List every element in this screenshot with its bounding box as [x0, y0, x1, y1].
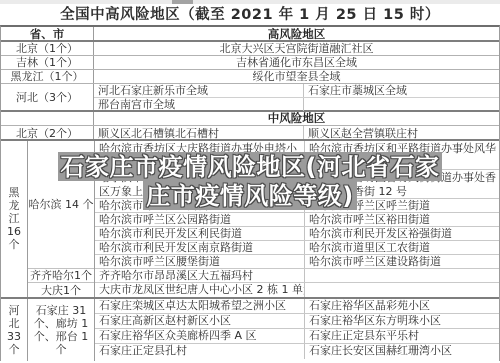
cell-province: 黑龙江（1个）: [1, 70, 94, 83]
cell-area: 河北石家庄新乐市全域: [94, 84, 304, 97]
header-mid-risk: 中风险地区: [94, 112, 499, 125]
cell-area: 哈尔滨市呼兰区裕田街道: [305, 213, 499, 226]
table-row-beijing-mid: 北京（2个） 顺义区北石槽镇北石槽村 顺义区赵全营镇联庄村: [1, 126, 499, 141]
risk-area-table-screenshot: 全国中高风险地区（截至 2021 年 1 月 25 日 15 时） 省、市 高风…: [0, 0, 500, 363]
heilongjiang-mid-block: 黑 龙 江 16 个 哈尔滨 14 个 齐齐哈尔1个 大庆1个 哈尔滨市香坊区大…: [1, 141, 499, 299]
cell-area: 石家庄正定县东平乐村: [305, 329, 499, 343]
province-char: 33: [7, 331, 21, 343]
risk-table: 省、市 高风险地区 北京（1个） 北京大兴区天宫院街道融汇社区 吉林（1个） 吉…: [0, 25, 500, 361]
cell-area: 石家庄裕华区晶彩苑小区: [305, 299, 499, 313]
province-char: 16: [7, 226, 21, 238]
table-subrow: 石家庄高新区赵村新区小区 石家庄裕华区东方明珠小区: [95, 314, 499, 329]
cell-area: 邢台南宫市全域: [94, 98, 304, 111]
vertical-province-label-heilongjiang: 黑 龙 江 16 个: [1, 141, 28, 297]
city-label-harbin: 哈尔滨 14 个: [28, 141, 94, 269]
top-edge-fragment: [172, 0, 193, 4]
table-row-beijing-high: 北京（1个） 北京大兴区天宫院街道融汇社区: [1, 42, 499, 56]
cell-area: 哈尔滨市呼兰区建设路街道: [305, 255, 499, 268]
cell-area: 哈尔滨市香坊区和平路街道办事处上东社区万象上东小区E座: [95, 170, 305, 199]
cell-area: 齐齐哈尔市昂昂溪区大五福玛村: [95, 269, 305, 282]
hebei-areas: 石家庄栾城区卓达太阳城希望之洲小区 石家庄裕华区晶彩苑小区 石家庄高新区赵村新区…: [95, 299, 499, 361]
table-subrow-daqing: 大庆市龙凤区世纪唐人中心小区 2 栋 1 单元: [95, 283, 499, 297]
table-subrow: 哈尔滨市香坊区和平路街道办事处上东社区万象上东小区E座 哈尔滨市香坊区香坊大街街…: [95, 170, 499, 199]
table-row-jilin-high: 吉林（1个） 吉林省通化市东昌区全域: [1, 56, 499, 70]
cell-area: 哈尔滨市利民开发区南京路街道: [95, 241, 305, 254]
cell-province: 北京（1个）: [1, 42, 94, 55]
table-subrow: 石家庄裕华区众美廊桥四季 A 区 石家庄正定县东平乐村: [95, 329, 499, 344]
vertical-province-label-hebei: 河 北 33 个: [1, 299, 28, 361]
cell-area: 石家庄裕华区东方明珠小区: [305, 314, 499, 328]
cell-area: 顺义区北石槽镇北石槽村: [94, 126, 304, 139]
cell-area: 哈尔滨市呼兰区公园路街道: [95, 213, 305, 226]
city-label-daqing: 大庆1个: [28, 283, 94, 297]
cell-area: [304, 98, 499, 111]
table-subrow-qiqihar: 齐齐哈尔市昂昂溪区大五福玛村: [95, 269, 499, 283]
province-char: 个: [9, 344, 20, 356]
province-char: 北: [9, 318, 20, 330]
top-edge-strip: [0, 0, 500, 4]
hebei-high-areas: 河北石家庄新乐市全域 石家庄市藁城区全域 邢台南宫市全域: [94, 84, 499, 110]
table-subrow: 哈尔滨市利民开发区南京路街道 哈尔滨市道里区工农街道: [95, 241, 499, 255]
province-char: 个: [9, 239, 20, 251]
cell-empty: [1, 112, 94, 125]
cell-area: 哈尔滨市呼兰区呼兰街道: [305, 199, 499, 212]
province-char: 黑: [9, 187, 20, 199]
cell-province: 北京（2个）: [1, 126, 94, 139]
table-subrow: 哈尔滨市呼兰区公园路街道 哈尔滨市呼兰区裕田街道: [95, 213, 499, 227]
table-subrow: 石家庄正定县孔村 石家庄长安区国赫红珊湾小区: [95, 344, 499, 359]
cell-area: 哈尔滨市呼兰区腰堡街道: [95, 255, 305, 268]
cell-area: 哈尔滨市香坊区香坊大街街道办事处香中小区会香街 12 号: [305, 170, 499, 199]
hebei-mid-block: 河 北 33 个 石家庄 31 个、廊坊 1 个、邢台 1 个 石家庄栾城区卓达…: [1, 299, 499, 361]
city-label-shijiazhuang-group: 石家庄 31 个、廊坊 1 个、邢台 1 个: [28, 299, 94, 361]
header-province: 省、市: [1, 27, 94, 40]
table-row-hebei-high: 河北（3个） 河北石家庄新乐市全域 石家庄市藁城区全域 邢台南宫市全域: [1, 84, 499, 112]
table-subrow: 哈尔滨市呼兰区兰河街道 哈尔滨市呼兰区呼兰街道: [95, 199, 499, 213]
city-label-column: 石家庄 31 个、廊坊 1 个、邢台 1 个: [28, 299, 95, 361]
cell-area: 绥化市望奎县全域: [94, 70, 499, 83]
cell-empty: [305, 269, 499, 282]
table-subrow: 哈尔滨市香坊区大庆路街道办事处电塔小区 哈尔滨市香坊区和平路街道办事处风华社区1…: [95, 141, 499, 170]
table-header-row: 省、市 高风险地区: [1, 27, 499, 42]
table-subrow: 邢台南宫市全域: [94, 98, 499, 111]
province-char: 江: [9, 213, 20, 225]
province-char: 龙: [9, 200, 20, 212]
cell-province: 吉林（1个）: [1, 56, 94, 69]
table-subrow: 哈尔滨市呼兰区腰堡街道 哈尔滨市呼兰区建设路街道: [95, 255, 499, 269]
table-subrow: 河北石家庄新乐市全域 石家庄市藁城区全域: [94, 84, 499, 98]
province-char: 河: [9, 305, 20, 317]
table-subrow: 哈尔滨市利民开发区利民街道 哈尔滨市利民开发区裕强街道: [95, 227, 499, 241]
cell-area: 哈尔滨市利民开发区利民街道: [95, 227, 305, 240]
cell-area: 哈尔滨市香坊区大庆路街道办事处电塔小区: [95, 141, 305, 170]
cell-area: 石家庄高新区赵村新区小区: [95, 314, 305, 328]
page-title: 全国中高风险地区（截至 2021 年 1 月 25 日 15 时）: [0, 4, 500, 25]
city-label-qiqihar: 齐齐哈尔1个: [28, 269, 94, 283]
cell-area: 哈尔滨市呼兰区兰河街道: [95, 199, 305, 212]
cell-area: 顺义区赵全营镇联庄村: [304, 126, 499, 139]
cell-area: 哈尔滨市利民开发区裕强街道: [305, 227, 499, 240]
cell-area: 石家庄栾城区卓达太阳城希望之洲小区: [95, 299, 305, 313]
cell-area: 北京大兴区天宫院街道融汇社区: [94, 42, 499, 55]
cell-area: 哈尔滨市香坊区和平路街道办事处风华社区1栋1单元: [305, 141, 499, 170]
cell-area: 石家庄长安区国赫红珊湾小区: [305, 344, 499, 359]
mid-risk-section-header-row: 中风险地区: [1, 112, 499, 126]
cell-province: 河北（3个）: [1, 84, 94, 110]
cell-area: 石家庄市藁城区全域: [304, 84, 499, 97]
heilongjiang-areas: 哈尔滨市香坊区大庆路街道办事处电塔小区 哈尔滨市香坊区和平路街道办事处风华社区1…: [95, 141, 499, 297]
header-high-risk: 高风险地区: [94, 27, 499, 40]
cell-area: 石家庄正定县孔村: [95, 344, 305, 359]
cell-area: 石家庄裕华区众美廊桥四季 A 区: [95, 329, 305, 343]
cell-area: 大庆市龙凤区世纪唐人中心小区 2 栋 1 单元: [95, 283, 305, 297]
cell-empty: [305, 283, 499, 297]
table-subrow: 石家庄栾城区卓达太阳城希望之洲小区 石家庄裕华区晶彩苑小区: [95, 299, 499, 314]
cell-area: 吉林省通化市东昌区全域: [94, 56, 499, 69]
table-row-heilongjiang-high: 黑龙江（1个） 绥化市望奎县全域: [1, 70, 499, 84]
city-label-column: 哈尔滨 14 个 齐齐哈尔1个 大庆1个: [28, 141, 95, 297]
cell-area: 哈尔滨市道里区工农街道: [305, 241, 499, 254]
